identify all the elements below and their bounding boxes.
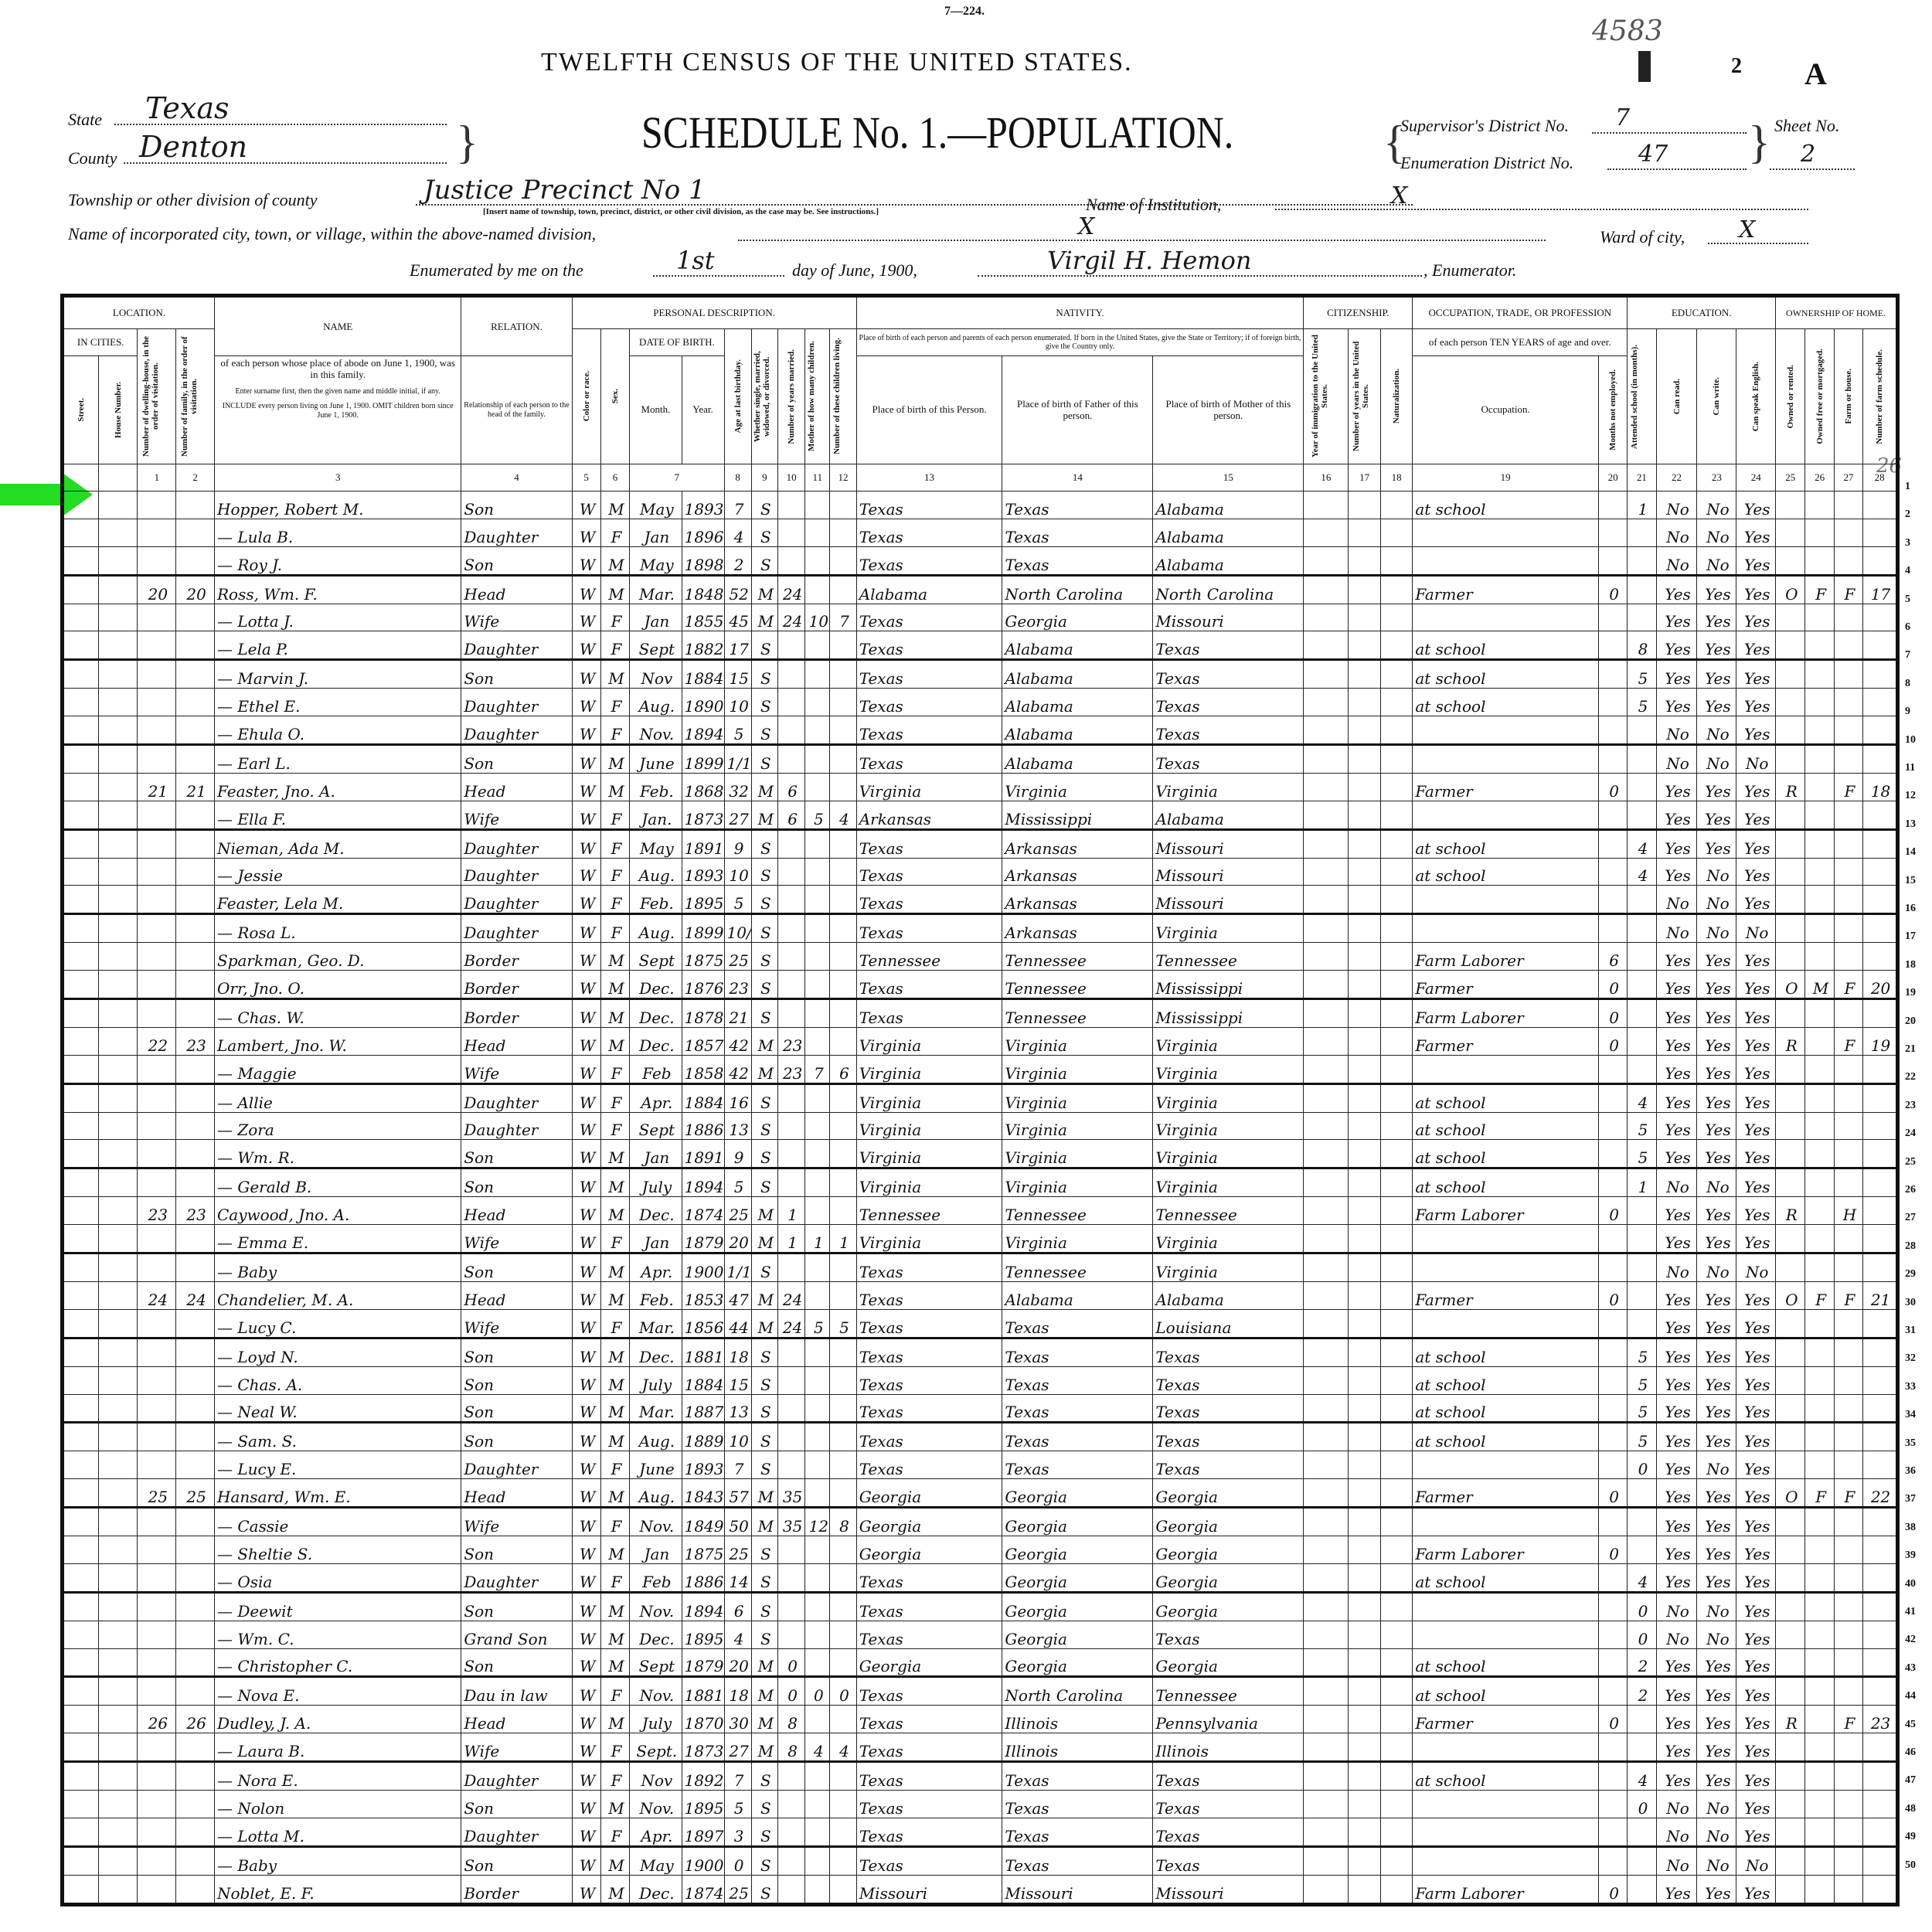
cell-cl (830, 1112, 856, 1140)
cell-month: Jan (630, 1140, 682, 1168)
cell-write: Yes (1697, 829, 1736, 858)
cell-sch: 4 (1628, 1563, 1656, 1592)
cell-rel: Son (461, 660, 572, 689)
cell-race: W (572, 745, 600, 774)
cell-pobm: Alabama (1153, 801, 1304, 829)
cell-empty (1304, 1168, 1349, 1197)
cell-mc (805, 492, 830, 519)
cell-ym (778, 829, 805, 858)
column-number: 11 (805, 464, 830, 492)
cell-age: 16 (724, 1083, 751, 1112)
cell-cl (830, 1621, 856, 1648)
cell-fam: 23 (176, 1027, 215, 1055)
column-number-blank (63, 464, 99, 492)
cell-cl (830, 689, 856, 716)
cell-pob: Virginia (856, 1027, 1002, 1055)
cell-dw (138, 745, 176, 774)
cell-empty (1304, 971, 1349, 999)
cell-sch (1628, 1197, 1656, 1225)
cell-empty (98, 1563, 138, 1592)
cell-empty (98, 1168, 138, 1197)
cell-empty (1349, 1677, 1380, 1706)
cell-farm (1834, 1423, 1862, 1451)
cell-empty (98, 689, 138, 716)
cell-race: W (572, 1027, 600, 1055)
cell-ym (778, 999, 805, 1028)
cell-pob: Alabama (856, 575, 1002, 604)
cell-eng: Yes (1736, 716, 1776, 745)
cell-rel: Daughter (461, 716, 572, 745)
cell-free (1805, 999, 1834, 1028)
cell-read: Yes (1656, 1508, 1697, 1536)
cell-empty (1380, 631, 1412, 660)
table-row: — Roy J.SonWMMay18982STexasTexasAlabamaN… (63, 546, 1898, 575)
cell-sex: F (600, 1225, 629, 1253)
cell-fs (1863, 1451, 1898, 1479)
cell-empty (1380, 773, 1412, 801)
cell-fam (176, 745, 215, 774)
cell-fs (1863, 1563, 1898, 1592)
cell-dw (138, 1563, 176, 1592)
cell-eng: Yes (1736, 971, 1776, 999)
line-number: 9 (1905, 706, 1910, 718)
column-number: 4 (461, 464, 572, 492)
cell-read: Yes (1656, 1648, 1697, 1677)
cell-empty (1304, 519, 1349, 546)
cell-fam (176, 1677, 215, 1706)
cell-free (1805, 886, 1834, 914)
cell-empty (1349, 1818, 1380, 1846)
cell-read: Yes (1656, 1563, 1697, 1592)
cell-own: O (1776, 1479, 1805, 1508)
table-row: 2525Hansard, Wm. E.HeadWMAug.184357M35Ge… (63, 1479, 1898, 1508)
cell-fam (176, 1112, 215, 1140)
table-row: — Lotta M.DaughterWFApr.18973STexasTexas… (63, 1818, 1898, 1846)
cell-empty (1380, 829, 1412, 858)
cell-month: Sept (630, 1112, 682, 1140)
col-pob-person: Place of birth of this Person. (856, 356, 1002, 464)
cell-eng: Yes (1736, 1648, 1776, 1677)
table-row: — Nora E.DaughterWFNov18927STexasTexasTe… (63, 1762, 1898, 1791)
cell-pob: Texas (856, 829, 1002, 858)
col-years-married: Number of years married. (787, 349, 796, 444)
cell-pob: Texas (856, 716, 1002, 745)
cell-own (1776, 886, 1805, 914)
cell-own (1776, 689, 1805, 716)
cell-sex: F (600, 829, 629, 858)
cell-pobf: Virginia (1002, 1083, 1153, 1112)
cell-empty (1380, 1677, 1412, 1706)
cell-empty (1349, 829, 1380, 858)
cell-own (1776, 1762, 1805, 1791)
cell-mc (805, 1846, 830, 1875)
cell-own (1776, 1140, 1805, 1168)
cell-year: 1898 (682, 546, 724, 575)
cell-empty (1349, 1875, 1380, 1904)
column-number: 20 (1598, 464, 1627, 492)
cell-month: Jan (630, 1225, 682, 1253)
cell-name: Caywood, Jno. A. (215, 1197, 461, 1225)
cell-sex: M (600, 1592, 629, 1621)
cell-occ: Farmer (1413, 1479, 1599, 1508)
cell-sch (1628, 886, 1656, 914)
cell-sex: M (600, 660, 629, 689)
cell-ym (778, 914, 805, 943)
cell-free (1805, 1846, 1834, 1875)
cell-occ (1413, 745, 1599, 774)
cell-occ: at school (1413, 689, 1599, 716)
cell-mar: S (751, 886, 777, 914)
cell-fs (1863, 716, 1898, 745)
column-number: 18 (1380, 464, 1412, 492)
cell-write: Yes (1697, 1309, 1736, 1338)
cell-pob: Arkansas (856, 801, 1002, 829)
cell-empty (1380, 1790, 1412, 1818)
cell-rel: Son (461, 1253, 572, 1282)
cell-farm (1834, 1648, 1862, 1677)
cell-fs: 20 (1863, 971, 1898, 999)
cell-occ: at school (1413, 1648, 1599, 1677)
cell-race: W (572, 914, 600, 943)
cell-occ (1413, 1253, 1599, 1282)
ward-value: X (1739, 216, 1755, 243)
cell-mar: M (751, 1706, 777, 1733)
cell-write: Yes (1697, 1648, 1736, 1677)
cell-own (1776, 858, 1805, 886)
cell-pob: Texas (856, 1846, 1002, 1875)
cell-empty (63, 1536, 99, 1563)
cell-mar: M (751, 1027, 777, 1055)
cell-free (1805, 1394, 1834, 1423)
cell-empty (1349, 1394, 1380, 1423)
cell-name: — Christopher C. (215, 1648, 461, 1677)
cell-year: 1897 (682, 1818, 724, 1846)
cell-mc (805, 1621, 830, 1648)
table-row: — Gerald B.SonWMJuly18945SVirginiaVirgin… (63, 1168, 1898, 1197)
cell-cl (830, 575, 856, 604)
col-year: Year. (682, 356, 724, 464)
cell-pob: Texas (856, 689, 1002, 716)
cell-mu: 0 (1598, 1706, 1627, 1733)
cell-rel: Son (461, 1168, 572, 1197)
cell-read: Yes (1656, 1225, 1697, 1253)
cell-pobf: Texas (1002, 1366, 1153, 1394)
cell-mar: S (751, 1563, 777, 1592)
enumerated-day: 1st (676, 246, 715, 275)
cell-mc: 10 (805, 604, 830, 631)
cell-read: Yes (1656, 575, 1697, 604)
group-in-cities: IN CITIES. (63, 329, 138, 356)
cell-pobf: Georgia (1002, 1648, 1153, 1677)
cell-empty (1304, 1338, 1349, 1366)
cell-ym: 35 (778, 1508, 805, 1536)
cell-write: Yes (1697, 1112, 1736, 1140)
column-number: 28 (1863, 464, 1898, 492)
cell-year: 1879 (682, 1648, 724, 1677)
cell-read: No (1656, 716, 1697, 745)
cell-pob: Texas (856, 1592, 1002, 1621)
cell-eng: Yes (1736, 1508, 1776, 1536)
cell-race: W (572, 1253, 600, 1282)
cell-name: — Sheltie S. (215, 1536, 461, 1563)
cell-pob: Texas (856, 1309, 1002, 1338)
cell-name: — Cassie (215, 1508, 461, 1536)
cell-fam (176, 801, 215, 829)
col-sex: Sex. (611, 389, 620, 403)
table-row: — BabySonWMMay19000STexasTexasTexasNoNoN… (63, 1846, 1898, 1875)
cell-farm (1834, 1563, 1862, 1592)
line-number: 49 (1905, 1831, 1916, 1843)
cell-farm (1834, 1621, 1862, 1648)
cell-mu (1598, 1423, 1627, 1451)
cell-dw (138, 1394, 176, 1423)
page-letter: A (1804, 56, 1827, 92)
cell-ym (778, 1168, 805, 1197)
cell-year: 1858 (682, 1055, 724, 1083)
cell-dw (138, 631, 176, 660)
cell-sch: 2 (1628, 1648, 1656, 1677)
cell-free (1805, 914, 1834, 943)
cell-dw (138, 1592, 176, 1621)
cell-empty (63, 1112, 99, 1140)
cell-own (1776, 829, 1805, 858)
cell-month: June (630, 745, 682, 774)
table-row: Sparkman, Geo. D.BorderWMSept187525STenn… (63, 943, 1898, 971)
cell-sex: M (600, 1790, 629, 1818)
cell-mc (805, 546, 830, 575)
cell-fam (176, 1621, 215, 1648)
cell-cl (830, 1281, 856, 1309)
cell-pob: Texas (856, 660, 1002, 689)
cell-age: 7 (724, 1451, 751, 1479)
column-number: 25 (1776, 464, 1805, 492)
cell-race: W (572, 1648, 600, 1677)
cell-pobf: Virginia (1002, 1112, 1153, 1140)
cell-fam (176, 1140, 215, 1168)
cell-mc (805, 1423, 830, 1451)
cell-empty (1304, 914, 1349, 943)
cell-fs (1863, 492, 1898, 519)
cell-fam (176, 999, 215, 1028)
cell-fam: 26 (176, 1706, 215, 1733)
cell-cl (830, 1140, 856, 1168)
cell-write: Yes (1697, 1479, 1736, 1508)
cell-empty (1380, 1621, 1412, 1648)
cell-pobm: Missouri (1153, 858, 1304, 886)
cell-fam (176, 546, 215, 575)
cell-sch: 5 (1628, 689, 1656, 716)
cell-eng: Yes (1736, 1423, 1776, 1451)
cell-empty (63, 1508, 99, 1536)
cell-mar: M (751, 1225, 777, 1253)
line-number: 24 (1905, 1128, 1916, 1140)
cell-eng: Yes (1736, 546, 1776, 575)
cell-write: Yes (1697, 1423, 1736, 1451)
cell-fs (1863, 1648, 1898, 1677)
cell-sch: 5 (1628, 1338, 1656, 1366)
state-label: State (68, 110, 102, 130)
cell-year: 1881 (682, 1677, 724, 1706)
cell-eng: Yes (1736, 1677, 1776, 1706)
cell-empty (63, 1140, 99, 1168)
cell-eng: Yes (1736, 1563, 1776, 1592)
cell-empty (1380, 1366, 1412, 1394)
cell-empty (63, 1648, 99, 1677)
cell-eng: Yes (1736, 660, 1776, 689)
cell-free (1805, 829, 1834, 858)
cell-empty (1304, 1197, 1349, 1225)
cell-fam (176, 943, 215, 971)
cell-mar: S (751, 689, 777, 716)
table-row: — Laura B.WifeWFSept.187327M844TexasIlli… (63, 1733, 1898, 1762)
cell-empty (63, 1592, 99, 1621)
cell-occ (1413, 1508, 1599, 1536)
cell-fam: 20 (176, 575, 215, 604)
cell-race: W (572, 1846, 600, 1875)
cell-cl (830, 914, 856, 943)
cell-own (1776, 1846, 1805, 1875)
cell-occ: at school (1413, 660, 1599, 689)
column-number: 22 (1656, 464, 1697, 492)
cell-pobm: Texas (1153, 1423, 1304, 1451)
cell-free (1805, 858, 1834, 886)
cell-mar: S (751, 1140, 777, 1168)
cell-ym (778, 1451, 805, 1479)
cell-cl (830, 829, 856, 858)
cell-empty (1304, 1479, 1349, 1508)
cell-mar: S (751, 829, 777, 858)
cell-empty (1349, 1563, 1380, 1592)
cell-mu (1598, 604, 1627, 631)
cell-own (1776, 660, 1805, 689)
cell-mar: S (751, 1762, 777, 1791)
cell-age: 9 (724, 829, 751, 858)
cell-pob: Texas (856, 999, 1002, 1028)
cell-farm: F (1834, 773, 1862, 801)
cell-sex: F (600, 914, 629, 943)
cell-empty (1349, 689, 1380, 716)
cell-pobf: Alabama (1002, 716, 1153, 745)
cell-empty (1380, 1508, 1412, 1536)
cell-dw: 20 (138, 575, 176, 604)
cell-empty (1380, 575, 1412, 604)
cell-month: Apr. (630, 1818, 682, 1846)
cell-occ (1413, 1733, 1599, 1762)
cell-rel: Son (461, 745, 572, 774)
cell-cl: 7 (830, 604, 856, 631)
cell-dw (138, 1790, 176, 1818)
cell-read: Yes (1656, 971, 1697, 999)
cell-ym (778, 1338, 805, 1366)
cell-empty (98, 1423, 138, 1451)
cell-month: Sept (630, 1648, 682, 1677)
cell-empty (1349, 1762, 1380, 1791)
cell-empty (63, 1621, 99, 1648)
enumeration-field: 47 (1607, 141, 1747, 170)
cell-mar: S (751, 1875, 777, 1904)
cell-mu (1598, 1140, 1627, 1168)
line-number: 11 (1905, 762, 1915, 774)
cell-empty (98, 1112, 138, 1140)
cell-year: 1899 (682, 914, 724, 943)
cell-own (1776, 1451, 1805, 1479)
cell-pobf: Alabama (1002, 689, 1153, 716)
cell-dw (138, 801, 176, 829)
cell-fs (1863, 858, 1898, 886)
cell-farm (1834, 1140, 1862, 1168)
cell-occ: at school (1413, 1140, 1599, 1168)
col-age: Age at last birthday. (733, 359, 743, 433)
cell-empty (1380, 914, 1412, 943)
cell-occ: at school (1413, 829, 1599, 858)
cell-empty (98, 1706, 138, 1733)
cell-age: 7 (724, 492, 751, 519)
cell-month: Aug. (630, 858, 682, 886)
cell-rel: Daughter (461, 1112, 572, 1140)
cell-read: Yes (1656, 858, 1697, 886)
cell-free (1805, 1309, 1834, 1338)
cell-cl (830, 1423, 856, 1451)
cell-occ: Farm Laborer (1413, 943, 1599, 971)
cell-year: 1892 (682, 1762, 724, 1791)
cell-occ (1413, 1592, 1599, 1621)
cell-fs (1863, 1621, 1898, 1648)
cell-name: Sparkman, Geo. D. (215, 943, 461, 971)
cell-dw (138, 1140, 176, 1168)
cell-sex: F (600, 1733, 629, 1762)
enumerated-prefix: Enumerated by me on the (410, 260, 583, 281)
cell-own (1776, 1083, 1805, 1112)
cell-pobf: Tennessee (1002, 999, 1153, 1028)
cell-name: — Deewit (215, 1592, 461, 1621)
cell-mu (1598, 801, 1627, 829)
cell-fs (1863, 1366, 1898, 1394)
cell-own (1776, 801, 1805, 829)
cell-name: — Zora (215, 1112, 461, 1140)
cell-empty (1304, 1225, 1349, 1253)
cell-read: No (1656, 914, 1697, 943)
cell-rel: Son (461, 1140, 572, 1168)
cell-rel: Head (461, 1479, 572, 1508)
column-number: 2 (176, 464, 215, 492)
cell-pobm: Georgia (1153, 1592, 1304, 1621)
census-table: LOCATION. NAME RELATION. PERSONAL DESCRI… (60, 294, 1900, 1906)
cell-read: No (1656, 492, 1697, 519)
col-months-unemployed: Months not employed. (1608, 369, 1617, 451)
cell-fam (176, 1592, 215, 1621)
cell-pobm: Virginia (1153, 1083, 1304, 1112)
cell-cl (830, 492, 856, 519)
cell-occ: at school (1413, 1394, 1599, 1423)
cell-empty (98, 1083, 138, 1112)
cell-eng: Yes (1736, 858, 1776, 886)
cell-ym (778, 1083, 805, 1112)
cell-mc: 0 (805, 1677, 830, 1706)
cell-dw (138, 1536, 176, 1563)
cell-empty (1349, 1621, 1380, 1648)
cell-sch (1628, 999, 1656, 1028)
cell-pobf: Texas (1002, 1762, 1153, 1791)
cell-farm: F (1834, 1027, 1862, 1055)
cell-mu: 6 (1598, 943, 1627, 971)
cell-free: F (1805, 1281, 1834, 1309)
cell-name: — Sam. S. (215, 1423, 461, 1451)
cell-write: Yes (1697, 971, 1736, 999)
cell-pob: Texas (856, 546, 1002, 575)
cell-mc (805, 519, 830, 546)
cell-name: — Baby (215, 1846, 461, 1875)
cell-rel: Head (461, 1281, 572, 1309)
